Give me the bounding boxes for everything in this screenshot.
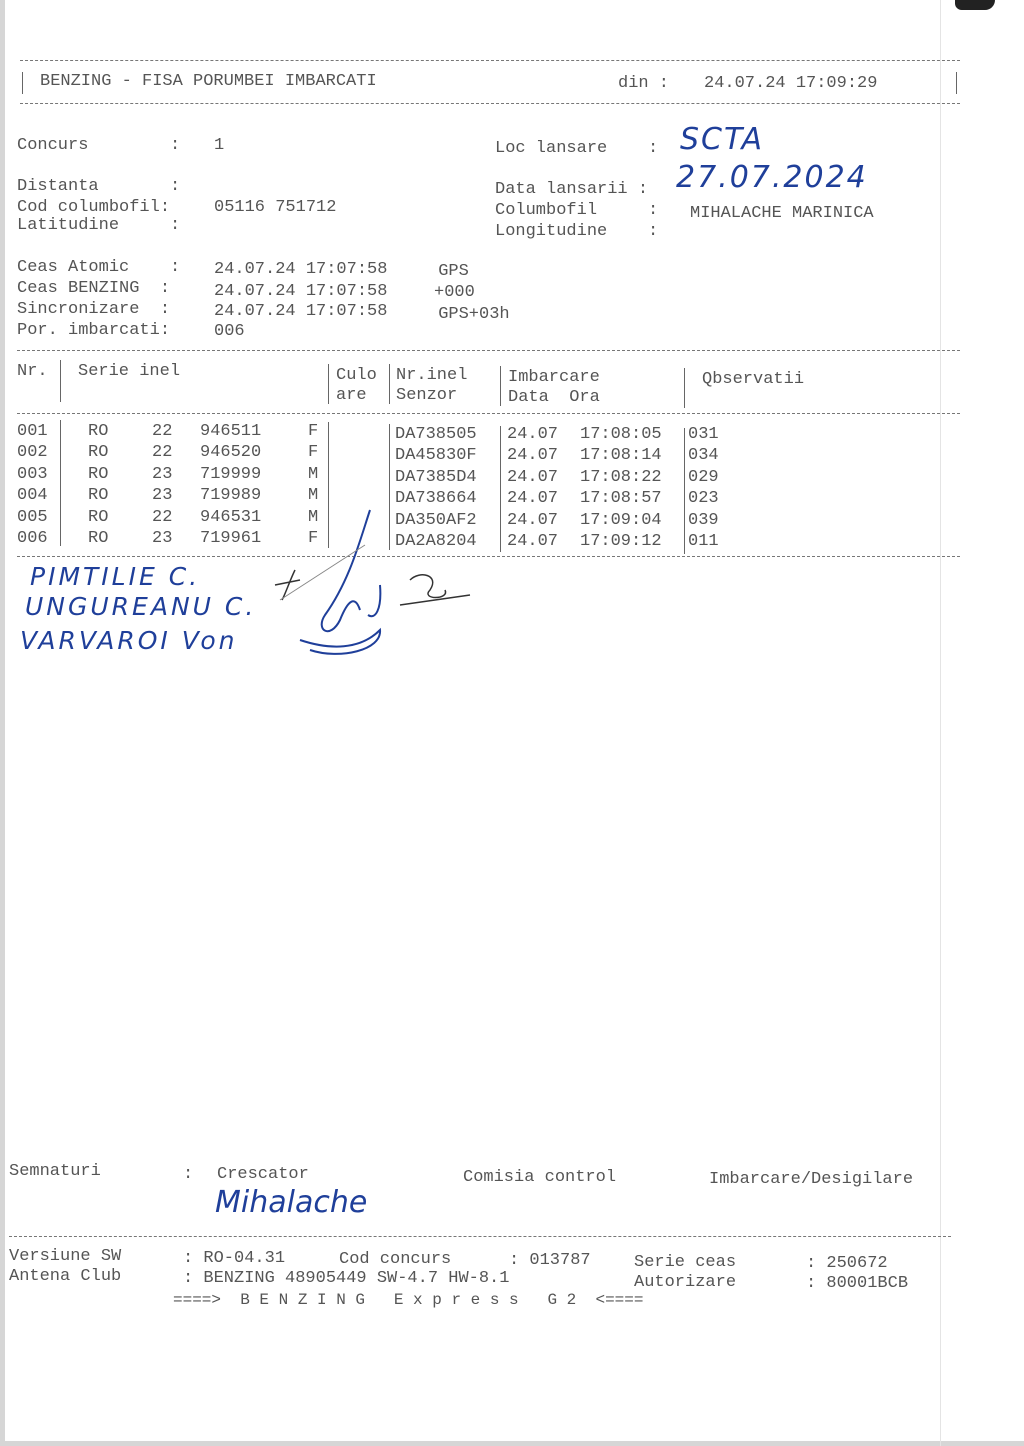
row-observatii: 031: [688, 425, 719, 445]
row-date: 24.07: [507, 446, 558, 466]
row-observatii: 039: [688, 511, 719, 531]
table-top-rule: [17, 350, 960, 351]
row-ring: 719999: [200, 465, 261, 485]
row-country: RO: [88, 486, 108, 506]
ceas-benzing-suffix: +000: [434, 283, 475, 303]
ceas-atomic-label: Ceas Atomic :: [17, 258, 180, 278]
committee-signatures: [270, 500, 490, 670]
concurs-value: 1: [214, 136, 224, 156]
ceas-atomic-suffix: GPS: [428, 262, 469, 282]
header-bottom-rule: [20, 103, 960, 104]
col-divider: [684, 428, 685, 554]
serie-ceas-label: Serie ceas: [634, 1253, 736, 1273]
header-right-bar: [956, 72, 957, 94]
row-ring: 946531: [200, 508, 261, 528]
row-observatii: 011: [688, 532, 719, 552]
header-left-bar: [22, 72, 23, 94]
row-time: 17:08:14: [580, 446, 662, 466]
col-divider: [60, 420, 61, 546]
row-nr: 001: [17, 422, 48, 442]
col-divider: [60, 360, 61, 402]
col-header-data-ora: Data Ora: [508, 388, 600, 408]
comisia-control-label: Comisia control: [463, 1168, 616, 1188]
antena-club-label: Antena Club: [9, 1267, 121, 1287]
row-time: 17:08:57: [580, 489, 662, 509]
issued-label: din :: [618, 74, 669, 94]
sincronizare-label: Sincronizare :: [17, 300, 170, 320]
row-year: 22: [152, 422, 172, 442]
col-divider: [389, 364, 390, 404]
imbarcare-desigilare-label: Imbarcare/Desigilare: [709, 1170, 913, 1190]
row-time: 17:08:22: [580, 468, 662, 488]
row-country: RO: [88, 443, 108, 463]
row-date: 24.07: [507, 532, 558, 552]
col-header-culoare-2: are: [336, 386, 367, 406]
handwritten-name-1: PIMTILIE C.: [30, 562, 200, 591]
loc-lansare-label: Loc lansare :: [495, 139, 658, 159]
ceas-benzing-value: 24.07.24 17:07:58: [214, 282, 387, 302]
col-divider: [684, 368, 685, 408]
row-time: 17:08:05: [580, 425, 662, 445]
row-year: 23: [152, 486, 172, 506]
row-time: 17:09:04: [580, 511, 662, 531]
row-ring: 719989: [200, 486, 261, 506]
table-header-rule: [17, 413, 960, 414]
data-lansarii-label: Data lansarii :: [495, 180, 648, 200]
antena-club-value: : BENZING 48905449 SW-4.7 HW-8.1: [183, 1269, 509, 1289]
row-sex: M: [308, 465, 318, 485]
crescator-label: Crescator: [217, 1165, 309, 1185]
data-lansarii-handwritten: 27.07.2024: [676, 160, 868, 195]
col-header-nr-inel: Nr.inel: [396, 366, 467, 386]
row-nr: 002: [17, 443, 48, 463]
semnaturi-label: Semnaturi: [9, 1162, 101, 1182]
versiune-sw-value: : RO-04.31: [183, 1249, 285, 1269]
row-ring: 946520: [200, 443, 261, 463]
row-nr: 003: [17, 465, 48, 485]
row-country: RO: [88, 465, 108, 485]
col-divider: [328, 364, 329, 404]
row-sensor: DA738505: [395, 425, 477, 445]
cod-concurs-value: : 013787: [509, 1251, 591, 1271]
longitudine-label: Longitudine :: [495, 222, 658, 242]
col-divider: [500, 426, 501, 552]
col-header-imbarcare: Imbarcare: [508, 368, 600, 388]
ceas-benzing-label: Ceas BENZING :: [17, 279, 170, 299]
paper-fold-line: [940, 0, 941, 1446]
sincronizare-suffix: GPS+03h: [428, 305, 510, 325]
col-header-observatii: Qbservatii: [702, 370, 804, 390]
scan-edge-left: [0, 0, 5, 1446]
row-sex: F: [308, 443, 318, 463]
cod-columbofil-value: 05116 751712: [214, 198, 336, 218]
porumbei-imbarcati-value: 006: [214, 322, 245, 342]
handwritten-name-2: UNGUREANU C.: [25, 592, 256, 621]
row-nr: 005: [17, 508, 48, 528]
col-header-serie: Serie inel: [78, 362, 180, 382]
loc-lansare-handwritten: SCTA: [680, 122, 764, 157]
row-year: 23: [152, 465, 172, 485]
row-country: RO: [88, 508, 108, 528]
benzing-express-banner: ====> B E N Z I N G E x p r e s s G 2 <=…: [173, 1290, 643, 1310]
scan-artifact: [955, 0, 995, 10]
latitudine-label: Latitudine :: [17, 216, 180, 236]
row-observatii: 029: [688, 468, 719, 488]
row-nr: 004: [17, 486, 48, 506]
footer-rule: [9, 1236, 951, 1237]
distanta-label: Distanta :: [17, 177, 180, 197]
col-header-culoare: Culo: [336, 366, 377, 386]
row-country: RO: [88, 529, 108, 549]
columbofil-value: MIHALACHE MARINICA: [690, 204, 874, 224]
autorizare-value: : 80001BCB: [806, 1274, 908, 1294]
handwritten-name-3: VARVAROI Von: [20, 626, 238, 655]
row-year: 22: [152, 443, 172, 463]
crescator-signature: Mihalache: [215, 1185, 367, 1220]
col-header-senzor: Senzor: [396, 386, 457, 406]
semnaturi-colon: :: [183, 1165, 193, 1185]
cod-columbofil-label: Cod columbofil:: [17, 198, 170, 218]
cod-concurs-label: Cod concurs: [339, 1250, 451, 1270]
row-observatii: 023: [688, 489, 719, 509]
row-date: 24.07: [507, 468, 558, 488]
porumbei-imbarcati-label: Por. imbarcati:: [17, 321, 170, 341]
row-sensor: DA45830F: [395, 446, 477, 466]
row-date: 24.07: [507, 425, 558, 445]
issued-timestamp: 24.07.24 17:09:29: [704, 74, 877, 94]
sincronizare-value: 24.07.24 17:07:58: [214, 302, 387, 322]
col-header-nr: Nr.: [17, 362, 48, 382]
row-date: 24.07: [507, 511, 558, 531]
row-year: 23: [152, 529, 172, 549]
document-title: BENZING - FISA PORUMBEI IMBARCATI: [40, 72, 377, 92]
serie-ceas-value: : 250672: [806, 1254, 888, 1274]
row-date: 24.07: [507, 489, 558, 509]
row-sex: F: [308, 422, 318, 442]
row-country: RO: [88, 422, 108, 442]
autorizare-label: Autorizare: [634, 1273, 736, 1293]
header-top-rule: [20, 60, 960, 61]
col-divider: [500, 366, 501, 406]
ceas-atomic-value: 24.07.24 17:07:58: [214, 260, 387, 280]
row-year: 22: [152, 508, 172, 528]
scan-edge-bottom: [0, 1441, 1024, 1446]
row-ring: 946511: [200, 422, 261, 442]
versiune-sw-label: Versiune SW: [9, 1247, 121, 1267]
row-nr: 006: [17, 529, 48, 549]
row-observatii: 034: [688, 446, 719, 466]
concurs-label: Concurs :: [17, 136, 180, 156]
row-time: 17:09:12: [580, 532, 662, 552]
row-sensor: DA7385D4: [395, 468, 477, 488]
columbofil-label: Columbofil :: [495, 201, 658, 221]
row-ring: 719961: [200, 529, 261, 549]
